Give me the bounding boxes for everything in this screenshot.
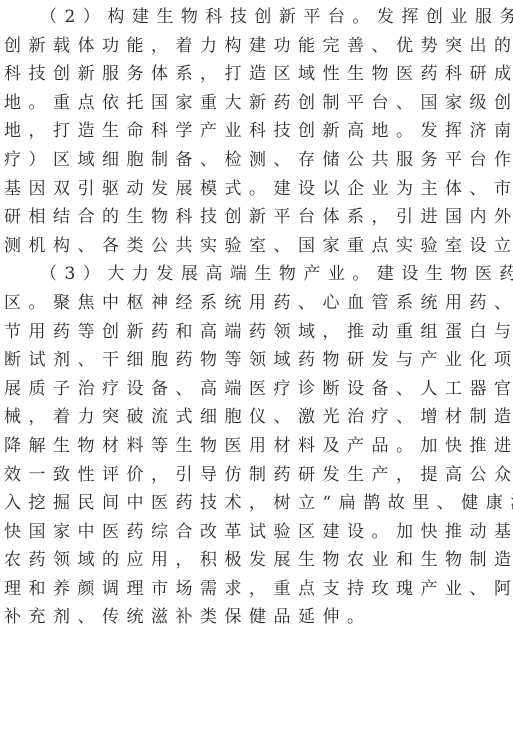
text-line: 展质子治疗设备、高端医疗诊断设备、人工器官及植入式医疗器 bbox=[4, 375, 513, 404]
text-line: （2）构建生物科技创新平台。发挥创业服务中心产学研融合 bbox=[4, 3, 513, 32]
text-line: 地，打造生命科学产业科技创新高地。发挥济南（齐鲁细胞治 bbox=[4, 117, 513, 146]
paragraph-3-develop-high-end-bio-industry: （3）大力发展高端生物产业。建设生物医药千亿产业聚集 区。聚焦中枢神经系统用药、… bbox=[4, 260, 513, 632]
text-line: 节用药等创新药和高端药领域，推动重组蛋白与多肽类疫苗、诊 bbox=[4, 318, 513, 347]
text-line: 理和养颜调理市场需求，重点支持玫瑰产业、阿胶产业等向膳食 bbox=[4, 575, 513, 604]
text-line: 研相结合的生物科技创新平台体系，引进国内外生物医药研发检 bbox=[4, 203, 513, 232]
text-line: 降解生物材料等生物医用材料及产品。加快推进仿制药质量和疗 bbox=[4, 432, 513, 461]
text-line: （3）大力发展高端生物产业。建设生物医药千亿产业聚集 bbox=[4, 260, 513, 289]
text-line: 科技创新服务体系，打造区域性生物医药科研成果孵化、转化基 bbox=[4, 60, 513, 89]
text-line: 补充剂、传统滋补类保健品延伸。 bbox=[4, 603, 513, 632]
text-line: 农药领域的应用，积极发展生物农业和生物制造业。深挖健康管 bbox=[4, 546, 513, 575]
text-line: 快国家中医药综合改革试验区建设。加快推动基因技术在种子、 bbox=[4, 518, 513, 547]
text-line: 入挖掘民间中医药技术，树立“扁鹊故里、健康济南”品牌，加 bbox=[4, 489, 513, 518]
text-line: 地。重点依托国家重大新药创制平台、国家级创新药物孵化基 bbox=[4, 89, 513, 118]
document-body: （2）构建生物科技创新平台。发挥创业服务中心产学研融合 创新载体功能，着力构建功… bbox=[0, 0, 513, 632]
text-line: 区。聚焦中枢神经系统用药、心血管系统用药、抗肿瘤及免疫调 bbox=[4, 289, 513, 318]
text-line: 基因双引驱动发展模式。建设以企业为主体、市场为导向、产学 bbox=[4, 175, 513, 204]
paragraph-2-build-biotech-innovation-platform: （2）构建生物科技创新平台。发挥创业服务中心产学研融合 创新载体功能，着力构建功… bbox=[4, 3, 513, 260]
text-line: 测机构、各类公共实验室、国家重点实验室设立分支机构。 bbox=[4, 232, 513, 261]
text-line: 械，着力突破流式细胞仪、激光治疗、增材制造（3D打印）、可 bbox=[4, 403, 513, 432]
text-line: 效一致性评价，引导仿制药研发生产，提高公众用药可及性。深 bbox=[4, 461, 513, 490]
text-line: 疗）区域细胞制备、检测、存储公共服务平台作用，创新细胞+ bbox=[4, 146, 513, 175]
text-line: 创新载体功能，着力构建功能完善、优势突出的生物技术与医药 bbox=[4, 32, 513, 61]
text-line: 断试剂、干细胞药物等领域药物研发与产业化项目落地。重点发 bbox=[4, 346, 513, 375]
